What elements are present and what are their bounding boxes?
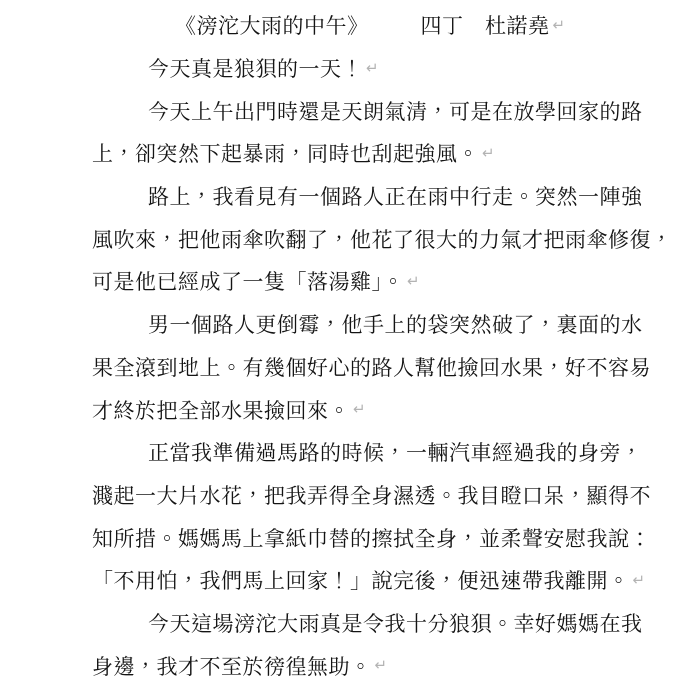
text-line: 風吹來，把他雨傘吹翻了，他花了很大的力氣才把雨傘修復，: [92, 217, 696, 260]
document-page[interactable]: 《滂沱大雨的中午》 四丁 杜諾堯 ↵ 今天真是狼狽的一天！ ↵ 今天上午出門時還…: [0, 0, 696, 690]
line-text: 今天這場滂沱大雨真是令我十分狼狽。幸好媽媽在我: [148, 608, 643, 638]
line-text: 男一個路人更倒霉，他手上的袋突然破了，裏面的水: [148, 309, 643, 339]
line-text: 濺起一大片水花，把我弄得全身濕透。我目瞪口呆，顯得不: [92, 480, 651, 510]
line-text: 上，卻突然下起暴雨，同時也刮起強風。: [92, 138, 479, 168]
paragraph-mark-icon: ↵: [482, 146, 495, 161]
text-line: 今天上午出門時還是天朗氣清，可是在放學回家的路: [92, 89, 696, 132]
essay-title: 《滂沱大雨的中午》: [175, 10, 369, 40]
paragraph-mark-icon: ↵: [375, 658, 388, 673]
text-line: 路上，我看見有一個路人正在雨中行走。突然一陣強: [92, 175, 696, 218]
text-line: 果全滾到地上。有幾個好心的路人幫他撿回水果，好不容易: [92, 346, 696, 389]
line-text: 「不用怕，我們馬上回家！」說完後，便迅速帶我離開。: [92, 565, 630, 595]
title-line: 《滂沱大雨的中午》 四丁 杜諾堯 ↵: [92, 4, 696, 47]
line-text: 才終於把全部水果撿回來。: [92, 395, 350, 425]
text-line: 今天這場滂沱大雨真是令我十分狼狽。幸好媽媽在我: [92, 602, 696, 645]
line-text: 可是他已經成了一隻「落湯雞」。: [92, 266, 404, 296]
line-text: 果全滾到地上。有幾個好心的路人幫他撿回水果，好不容易: [92, 352, 651, 382]
line-text: 身邊，我才不至於徬徨無助。: [92, 651, 372, 681]
text-line: 才終於把全部水果撿回來。 ↵: [92, 388, 696, 431]
line-text: 風吹來，把他雨傘吹翻了，他花了很大的力氣才把雨傘修復，: [92, 224, 673, 254]
line-text: 今天上午出門時還是天朗氣清，可是在放學回家的路: [148, 96, 643, 126]
text-line: 男一個路人更倒霉，他手上的袋突然破了，裏面的水: [92, 303, 696, 346]
paragraph-mark-icon: ↵: [553, 18, 566, 33]
paragraph-mark-icon: ↵: [353, 402, 366, 417]
text-line: 身邊，我才不至於徬徨無助。 ↵: [92, 644, 696, 687]
paragraph-mark-icon: ↵: [633, 573, 646, 588]
line-text: 路上，我看見有一個路人正在雨中行走。突然一陣強: [148, 181, 643, 211]
line-text: 今天真是狼狽的一天！: [148, 53, 363, 83]
paragraph-mark-icon: ↵: [407, 274, 420, 289]
line-text: 正當我準備過馬路的時候，一輛汽車經過我的身旁，: [148, 437, 643, 467]
text-line: 可是他已經成了一隻「落湯雞」。 ↵: [92, 260, 696, 303]
paragraph-mark-icon: ↵: [366, 61, 379, 76]
essay-byline: 四丁 杜諾堯: [421, 10, 550, 40]
text-line: 知所措。媽媽馬上拿紙巾替的擦拭全身，並柔聲安慰我說：: [92, 516, 696, 559]
text-line: 「不用怕，我們馬上回家！」說完後，便迅速帶我離開。 ↵: [92, 559, 696, 602]
text-line: 今天真是狼狽的一天！ ↵: [92, 47, 696, 90]
line-text: 知所措。媽媽馬上拿紙巾替的擦拭全身，並柔聲安慰我說：: [92, 523, 651, 553]
text-line: 上，卻突然下起暴雨，同時也刮起強風。 ↵: [92, 132, 696, 175]
text-line: 正當我準備過馬路的時候，一輛汽車經過我的身旁，: [92, 431, 696, 474]
text-line: 濺起一大片水花，把我弄得全身濕透。我目瞪口呆，顯得不: [92, 474, 696, 517]
